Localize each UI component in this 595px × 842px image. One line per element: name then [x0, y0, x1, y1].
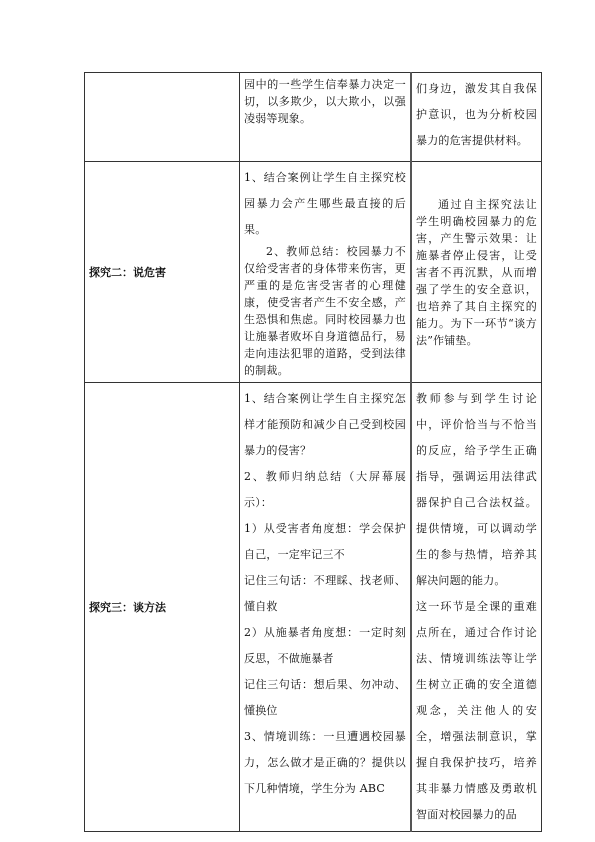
activity-cell: 园中的一些学生信奉暴力决定一切，以多欺少，以大欺小，以强凌弱等现象。	[240, 73, 412, 162]
intent-cell: 通过自主探究法让学生明确校园暴力的危害，产生警示效果：让施暴者停止侵害，让受害者…	[411, 162, 542, 383]
activity-text: 记住三句话：不理睬、找老师、懂自救	[244, 568, 406, 620]
intent-text: 通过自主探究法让学生明确校园暴力的危害，产生警示效果：让施暴者停止侵害，让受害者…	[416, 196, 537, 349]
section-label-cell: 探究二：说危害	[85, 162, 240, 383]
activity-text: 2）从施暴者角度想：一定时刻反思，不做施暴者	[244, 620, 406, 672]
intent-cell: 们身边，激发其自我保护意识，也为分析校园暴力的危害提供材料。	[411, 73, 542, 162]
activity-text: 园中的一些学生信奉暴力决定一切，以多欺少，以大欺小，以强凌弱等现象。	[244, 76, 406, 127]
intent-cell: 教师参与到学生讨论中，评价恰当与不恰当的反应，给予学生正确指导，强调运用法律武器…	[411, 383, 542, 832]
table-row: 探究二：说危害 1、结合案例让学生自主探究校园暴力会产生哪些最直接的后果。 2、…	[85, 162, 542, 383]
table-row: 探究三：谈方法 1、结合案例让学生自主探究怎样才能预防和减少自己受到校园暴力的侵…	[85, 383, 542, 832]
intent-text: 教师参与到学生讨论中，评价恰当与不恰当的反应，给予学生正确指导，强调运用法律武器…	[416, 386, 537, 594]
activity-text: 1、结合案例让学生自主探究怎样才能预防和减少自己受到校园暴力的侵害？	[244, 386, 406, 464]
lesson-plan-table: 园中的一些学生信奉暴力决定一切，以多欺少，以大欺小，以强凌弱等现象。 们身边，激…	[84, 72, 542, 832]
table-row: 园中的一些学生信奉暴力决定一切，以多欺少，以大欺小，以强凌弱等现象。 们身边，激…	[85, 73, 542, 162]
activity-text: 3、情境训练：一旦遭遇校园暴力，怎么做才是正确的？提供以下几种情境，学生分为 A…	[244, 724, 406, 802]
activity-text: 1）从受害者角度想：学会保护自己，一定牢记三不	[244, 516, 406, 568]
intent-text: 们身边，激发其自我保护意识，也为分析校园暴力的危害提供材料。	[416, 76, 537, 154]
activity-cell: 1、结合案例让学生自主探究怎样才能预防和减少自己受到校园暴力的侵害？ 2、教师归…	[240, 383, 412, 832]
activity-text: 1、结合案例让学生自主探究校园暴力会产生哪些最直接的后果。	[244, 165, 406, 243]
activity-text: 2、教师总结：校园暴力不仅给受害者的身体带来伤害，更严重的是危害受害者的心理健康…	[244, 243, 406, 379]
activity-text: 记住三句话：想后果、勿冲动、懂换位	[244, 672, 406, 724]
section-label-cell: 探究三：谈方法	[85, 383, 240, 832]
document-page: 园中的一些学生信奉暴力决定一切，以多欺少，以大欺小，以强凌弱等现象。 们身边，激…	[0, 0, 595, 842]
section-label-cell	[85, 73, 240, 162]
activity-text: 2、教师归纳总结（大屏幕展示）：	[244, 464, 406, 516]
intent-text: 这一环节是全课的重难点所在，通过合作讨论法、情境训练法等让学生树立正确的安全道德…	[416, 594, 537, 828]
activity-cell: 1、结合案例让学生自主探究校园暴力会产生哪些最直接的后果。 2、教师总结：校园暴…	[240, 162, 412, 383]
